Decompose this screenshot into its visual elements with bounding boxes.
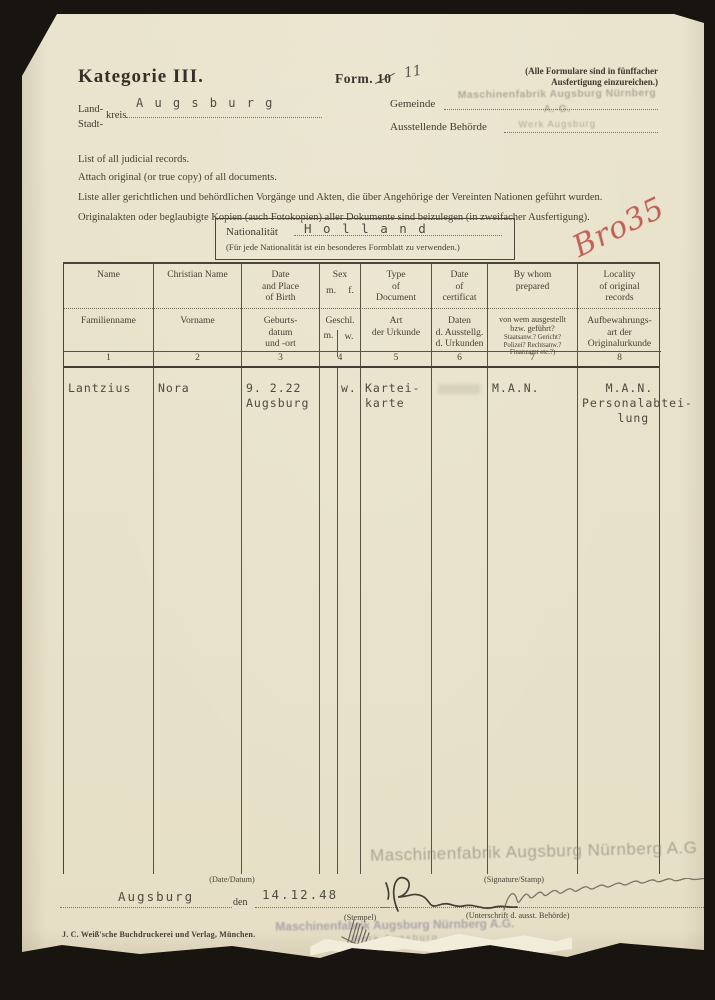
cell-doctype: Kartei- karte <box>360 368 431 874</box>
instruction-line-1: List of all judicial records. <box>78 154 658 165</box>
cell-birth: 9. 2.22 Augsburg <box>241 368 319 874</box>
form-category-title: Kategorie III. <box>78 66 204 88</box>
instruction-line-2: Attach original (or true copy) of all do… <box>78 172 658 183</box>
col-number-4: 4 <box>319 351 360 366</box>
copies-notice-line1: (Alle Formulare sind in fünffacher <box>525 66 658 76</box>
col-header-date-cert-de: Daten d. Ausstellg. d. Urkunden <box>431 308 487 351</box>
nationality-box: Nationalität H o l l a n d (Für jede Nat… <box>215 218 515 260</box>
col-header-sex-en: Sex m.f. <box>319 264 360 308</box>
col-header-locality-en: Locality of original records <box>577 264 661 308</box>
sex-column-divider <box>337 368 338 874</box>
col-number-3: 3 <box>241 351 319 366</box>
col-number-5: 5 <box>360 351 431 366</box>
col-header-sex-de: Geschl. m.w. <box>319 308 360 351</box>
den-label: den <box>233 897 247 908</box>
landkreis-stadtkreis-label: Land- Stadt- <box>78 102 103 132</box>
col-header-christian-name-en: Christian Name <box>153 264 241 308</box>
table-body: Lantzius Nora 9. 2.22 Augsburg w. Kartei… <box>63 368 660 874</box>
col-header-birth-en: Date and Place of Birth <box>241 264 319 308</box>
col-header-bywhom-de: von wem ausgestellt bzw. geführt? Staats… <box>487 308 577 351</box>
gemeinde-fill-line <box>444 109 658 110</box>
form-number-printed: 10 <box>377 71 392 87</box>
col-number-1: 1 <box>64 351 153 366</box>
col-header-christian-name-de: Vorname <box>153 308 241 351</box>
cell-date-cert <box>431 368 487 874</box>
nationality-fill-line <box>294 235 502 236</box>
cell-locality: M.A.N. Personalabtei- lung <box>577 368 661 874</box>
col-number-8: 8 <box>577 351 661 366</box>
scanned-form-sheet: Kategorie III. Form. 10 11 (Alle Formula… <box>22 14 704 958</box>
records-table: Name Christian Name Date and Place of Bi… <box>63 262 660 874</box>
table-header-german-row: Familienname Vorname Geburts- datum und … <box>64 308 659 351</box>
date-typed-value: 14.12.48 <box>262 888 338 901</box>
col-header-birth-de: Geburts- datum und -ort <box>241 308 319 351</box>
col-header-name-de: Familienname <box>64 308 153 351</box>
col-header-locality-de: Aufbewahrungs- art der Originalurkunde <box>577 308 661 351</box>
handwritten-form-number: 11 <box>403 63 423 82</box>
col-header-doctype-en: Type of Document <box>360 264 431 308</box>
stamp-company-name: Maschinenfabrik Augsburg Nürnberg A.-G. <box>458 87 656 115</box>
nationality-label: Nationalität <box>226 226 278 238</box>
date-fill-line <box>255 907 389 908</box>
date-datum-label: (Date/Datum) <box>172 875 292 884</box>
col-number-6: 6 <box>431 351 487 366</box>
table-header: Name Christian Name Date and Place of Bi… <box>63 262 660 368</box>
cell-sex: w. <box>319 368 360 874</box>
col-number-2: 2 <box>153 351 241 366</box>
instruction-line-3: Liste aller gerichtlichen und behördlich… <box>78 192 658 203</box>
form-number: Form. 10 <box>335 71 391 87</box>
place-typed-value: Augsburg <box>118 890 194 903</box>
stamp-company-branch: Werk Augsburg <box>518 119 596 131</box>
col-header-doctype-de: Art der Urkunde <box>360 308 431 351</box>
form-number-prefix: Form. <box>335 71 373 86</box>
gemeinde-label: Gemeinde <box>390 98 435 110</box>
nationality-note: (Für jede Nationalität ist ein besondere… <box>226 242 460 252</box>
cell-name: Lantzius <box>64 368 153 874</box>
erased-entry-smudge <box>438 384 480 394</box>
cell-christian-name: Nora <box>153 368 241 874</box>
col-number-7: 7 <box>487 351 577 366</box>
behoerde-label: Ausstellende Behörde <box>390 121 487 133</box>
nationality-typed-value: H o l l a n d <box>304 222 428 235</box>
col-header-bywhom-en: By whom prepared <box>487 264 577 308</box>
place-fill-line <box>60 907 232 908</box>
col-header-date-cert-en: Date of certificat <box>431 264 487 308</box>
kreis-fill-line <box>126 117 322 118</box>
kreis-typed-value: A u g s b u r g <box>136 97 274 110</box>
printer-imprint: J. C. Weiß'sche Buchdruckerei und Verlag… <box>62 930 255 939</box>
table-header-english-row: Name Christian Name Date and Place of Bi… <box>64 264 659 308</box>
cell-bywhom: M.A.N. <box>487 368 577 874</box>
behoerde-fill-line <box>504 132 658 133</box>
col-header-name-en: Name <box>64 264 153 308</box>
kreis-label: kreis <box>106 110 126 121</box>
pencil-signature <box>500 878 712 924</box>
table-header-number-row: 1 2 3 4 5 6 7 8 <box>64 351 659 366</box>
